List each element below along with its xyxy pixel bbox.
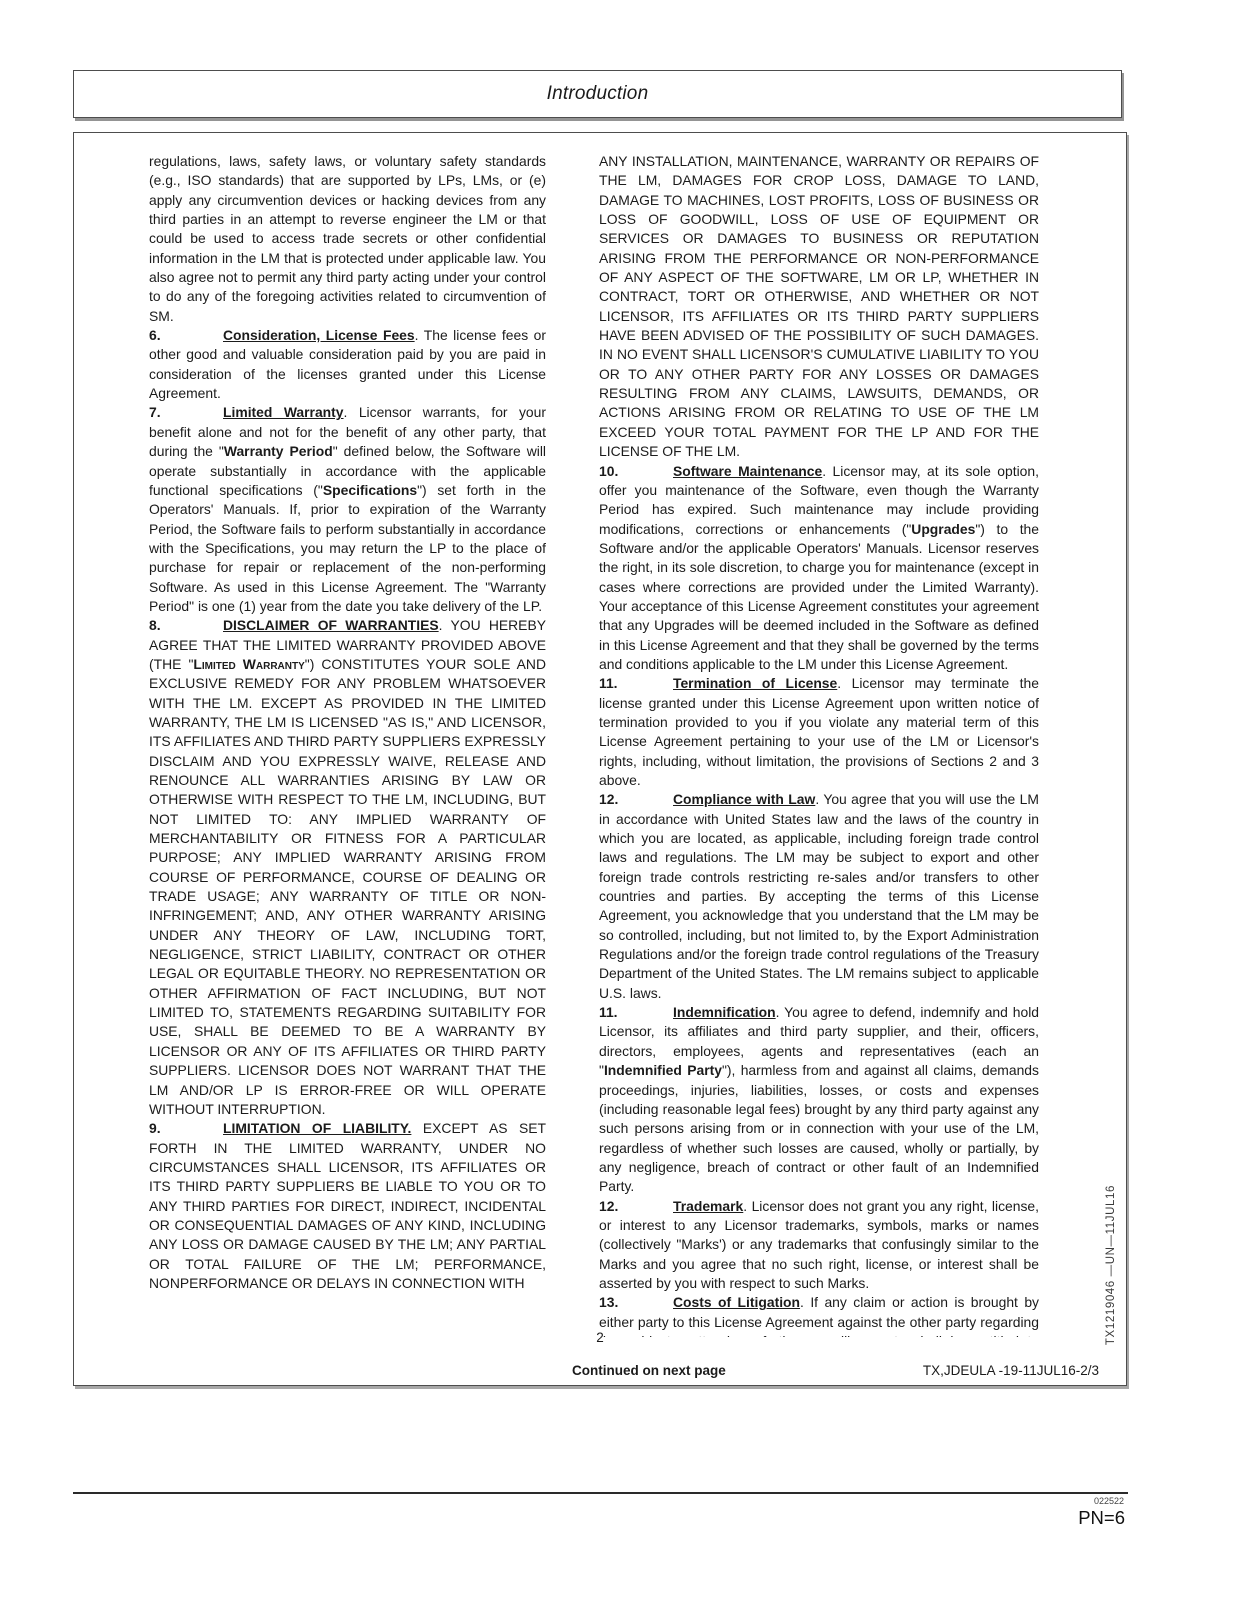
emphasized-term: Limited Warranty xyxy=(193,656,304,672)
footer-divider xyxy=(73,1492,1128,1494)
section-number: 10. xyxy=(599,462,673,481)
license-agreement-panel: regulations, laws, safety laws, or volun… xyxy=(73,132,1127,1386)
section-title: Consideration, License Fees xyxy=(223,327,415,343)
continued-on-next-page-note: Continued on next page xyxy=(572,1363,726,1378)
pn-page-code: PN=6 xyxy=(1078,1507,1125,1529)
continuation-paragraph: ANY INSTALLATION, MAINTENANCE, WARRANTY … xyxy=(599,152,1039,462)
section-number: 8. xyxy=(149,616,223,635)
section-title: Indemnification xyxy=(673,1004,776,1020)
section-title: Compliance with Law xyxy=(673,791,815,807)
section-title: Limited Warranty xyxy=(223,404,344,420)
section-paragraph: 11.Indemnification. You agree to defend,… xyxy=(599,1003,1039,1196)
section-number: 6. xyxy=(149,326,223,345)
figure-reference-sidenote: TX1219046 —UN—11JUL16 xyxy=(1105,1185,1117,1345)
section-number: 7. xyxy=(149,403,223,422)
section-paragraph: 12.Compliance with Law. You agree that y… xyxy=(599,790,1039,1003)
section-paragraph: 7.Limited Warranty. Licensor warrants, f… xyxy=(149,403,546,616)
page-header-box: Introduction xyxy=(73,70,1122,118)
section-paragraph: 6.Consideration, License Fees. The licen… xyxy=(149,326,546,403)
section-title: DISCLAIMER OF WARRANTIES xyxy=(223,617,439,633)
emphasized-term: Upgrades xyxy=(911,521,975,537)
section-number: 11. xyxy=(599,674,673,693)
page-number: 2 xyxy=(74,1330,1126,1345)
section-title: Costs of Litigation xyxy=(673,1294,800,1310)
scanned-manual-page: Introduction regulations, laws, safety l… xyxy=(0,0,1236,1600)
section-title: LIMITATION OF LIABILITY. xyxy=(223,1120,411,1136)
emphasized-term: Indemnified Party xyxy=(604,1062,722,1078)
section-title: Termination of License xyxy=(673,675,837,691)
section-title: Software Maintenance xyxy=(673,463,822,479)
print-code: 022522 xyxy=(1094,1496,1124,1506)
page-title: Introduction xyxy=(547,83,649,105)
section-number: 13. xyxy=(599,1293,673,1312)
section-number: 9. xyxy=(149,1119,223,1138)
right-text-column: ANY INSTALLATION, MAINTENANCE, WARRANTY … xyxy=(599,152,1039,1337)
section-paragraph: 9.LIMITATION OF LIABILITY. EXCEPT AS SET… xyxy=(149,1119,546,1293)
section-paragraph: 10.Software Maintenance. Licensor may, a… xyxy=(599,462,1039,675)
section-paragraph: 12.Trademark. Licensor does not grant yo… xyxy=(599,1197,1039,1294)
document-reference-code: TX,JDEULA -19-11JUL16-2/3 xyxy=(923,1363,1099,1378)
emphasized-term: Specifications xyxy=(323,482,417,498)
section-number: 12. xyxy=(599,1197,673,1216)
section-paragraph: 11.Termination of License. Licensor may … xyxy=(599,674,1039,790)
emphasized-term: Warranty Period xyxy=(224,443,333,459)
continuation-paragraph: regulations, laws, safety laws, or volun… xyxy=(149,152,546,326)
section-number: 12. xyxy=(599,790,673,809)
section-number: 11. xyxy=(599,1003,673,1022)
section-title: Trademark xyxy=(673,1198,743,1214)
left-text-column: regulations, laws, safety laws, or volun… xyxy=(149,152,546,1337)
section-paragraph: 8.DISCLAIMER OF WARRANTIES. YOU HEREBY A… xyxy=(149,616,546,1119)
